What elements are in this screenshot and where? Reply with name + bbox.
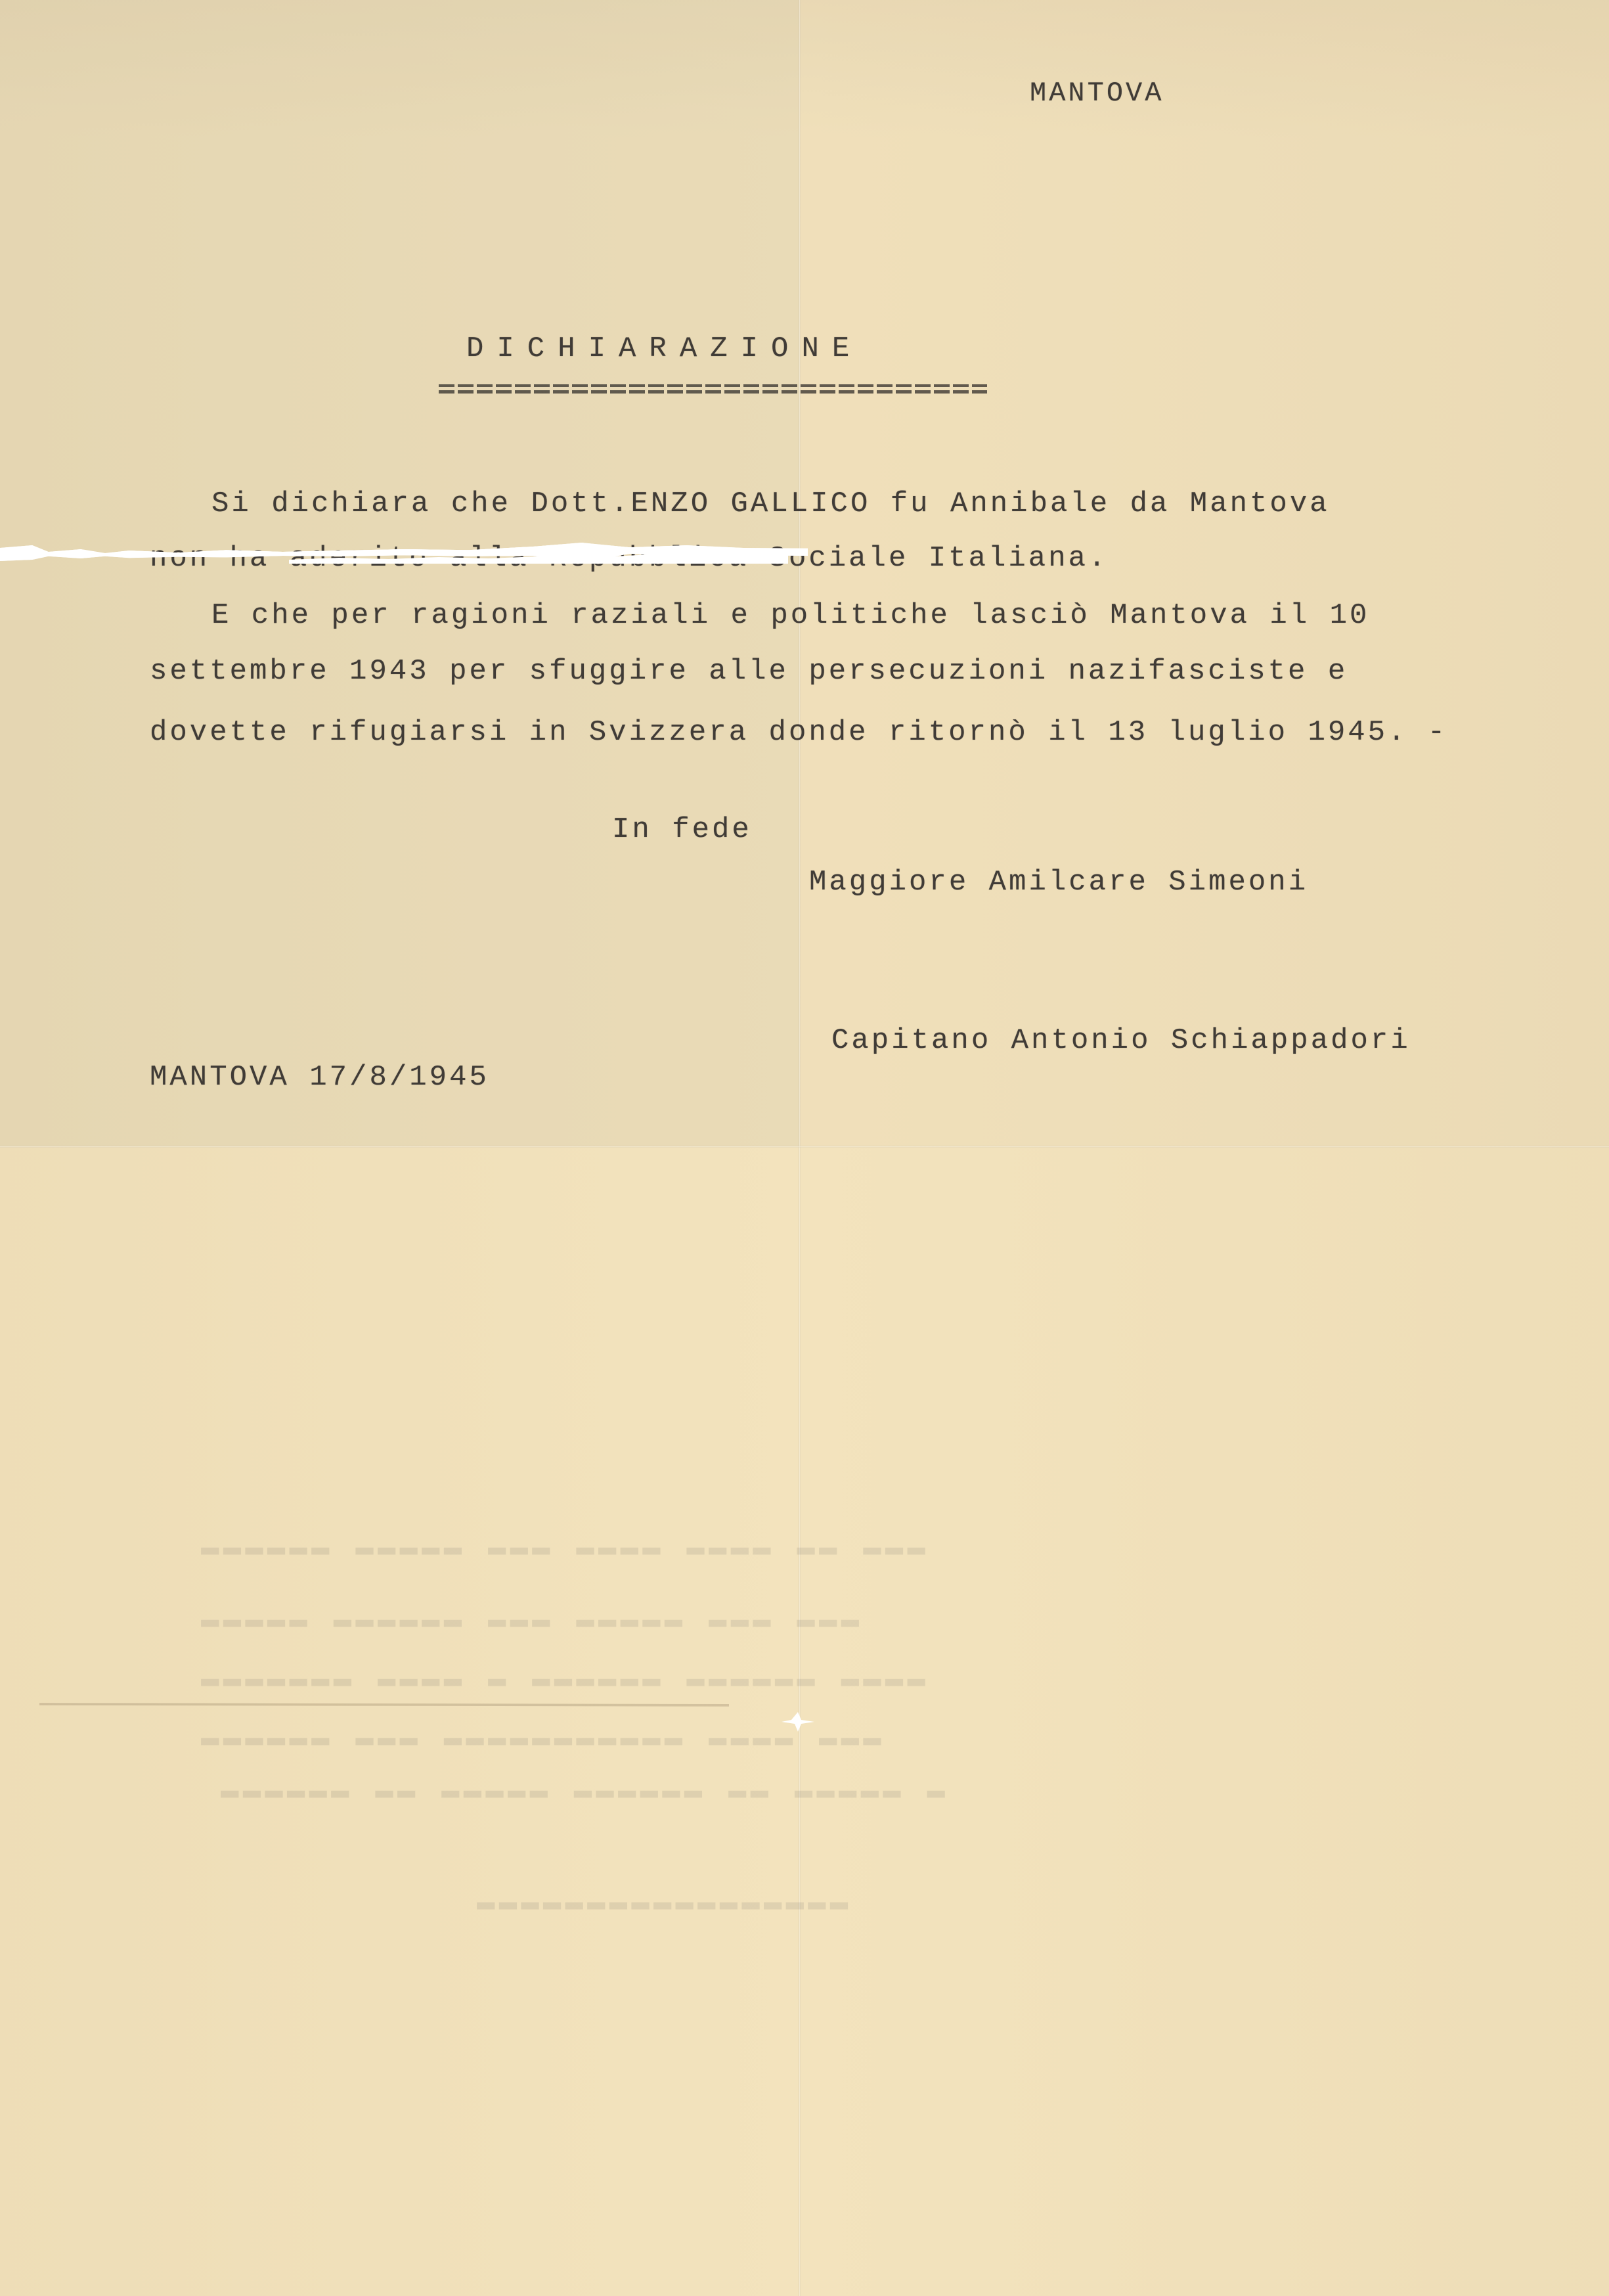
body-line: dovette rifugiarsi in Svizzera donde rit…: [150, 716, 1447, 749]
lower-tear-stain: [39, 1698, 729, 1710]
document-title: DICHIARAZIONE: [466, 332, 862, 365]
bleed-through-text: ▬▬▬ ▬▬▬ ▬▬▬▬▬ ▬▬▬ ▬▬▬▬▬▬ ▬▬▬▬▬: [197, 1603, 859, 1637]
body-line: settembre 1943 per sfuggire alle persecu…: [150, 655, 1348, 688]
horizontal-fold-crease: [0, 1146, 1609, 1148]
title-double-underline: [439, 384, 987, 394]
closing-phrase: In fede: [612, 813, 752, 846]
bleed-through-text: ▬▬▬ ▬▬▬▬ ▬▬▬▬▬▬▬▬▬▬▬ ▬▬▬ ▬▬▬▬▬▬: [197, 1721, 881, 1755]
header-city: MANTOVA: [1030, 78, 1164, 109]
signatory-major: Maggiore Amilcare Simeoni: [809, 866, 1308, 899]
place-and-date: MANTOVA 17/8/1945: [150, 1061, 489, 1094]
scanned-document-page: ▬▬▬ ▬▬ ▬▬▬▬ ▬▬▬▬ ▬▬▬ ▬▬▬▬▬ ▬▬▬▬▬▬ ▬▬▬ ▬▬…: [0, 0, 1609, 2296]
body-line: E che per ragioni raziali e politiche la…: [211, 599, 1369, 632]
bleed-through-text: ▬▬▬▬▬▬▬▬▬▬▬▬▬▬▬▬▬: [473, 1885, 848, 1920]
body-line: Si dichiara che Dott.ENZO GALLICO fu Ann…: [211, 487, 1330, 520]
bleed-through-text: ▬▬▬▬ ▬▬▬▬▬▬ ▬▬▬▬▬▬ ▬ ▬▬▬▬ ▬▬▬▬▬▬▬: [197, 1662, 925, 1696]
signatory-captain: Capitano Antonio Schiappadori: [831, 1024, 1411, 1057]
bleed-through-text: ▬▬▬ ▬▬ ▬▬▬▬ ▬▬▬▬ ▬▬▬ ▬▬▬▬▬ ▬▬▬▬▬▬: [197, 1531, 925, 1565]
bleed-through-text: ▬ ▬▬▬▬▬ ▬▬ ▬▬▬▬▬▬ ▬▬▬▬▬ ▬▬ ▬▬▬▬▬▬: [217, 1774, 945, 1808]
